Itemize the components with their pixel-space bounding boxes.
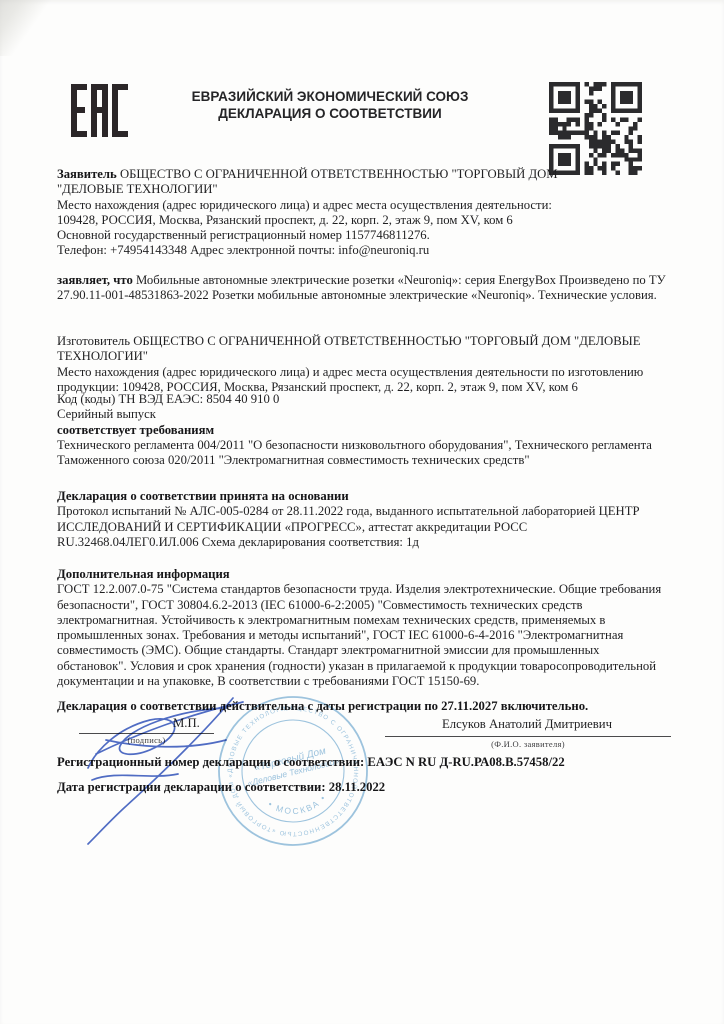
declaration-document: ЕВРАЗИЙСКИЙ ЭКОНОМИЧЕСКИЙ СОЮЗ ДЕКЛАРАЦИ… (0, 0, 724, 1024)
additional-text: ГОСТ 12.2.007.0-75 "Система стандартов б… (57, 582, 671, 689)
conformity-heading: соответствует требованиям (57, 423, 671, 438)
document-title: ЕВРАЗИЙСКИЙ ЭКОНОМИЧЕСКИЙ СОЮЗ ДЕКЛАРАЦИ… (175, 88, 485, 122)
applicant-section: Заявитель ОБЩЕСТВО С ОГРАНИЧЕННОЙ ОТВЕТС… (57, 167, 671, 259)
applicant-address: Место нахождения (адрес юридического лиц… (57, 198, 584, 229)
applicant-lead: Заявитель (57, 167, 117, 181)
fio-label: (Ф.И.О. заявителя) (385, 739, 671, 749)
applicant-name: Заявитель ОБЩЕСТВО С ОГРАНИЧЕННОЙ ОТВЕТС… (57, 167, 560, 198)
handwritten-signature-svg (58, 688, 283, 853)
regulations-text: Технического регламента 004/2011 "О безо… (57, 438, 671, 469)
additional-heading: Дополнительная информация (57, 567, 671, 582)
applicant-ogrn: Основной государственный регистрационный… (57, 228, 671, 243)
basis-text: Протокол испытаний № АЛС-005-0284 от 28.… (57, 504, 671, 550)
eac-logo-icon (71, 84, 128, 142)
basis-section: Декларация о соответствии принята на осн… (57, 489, 671, 550)
qr-code-svg (545, 82, 646, 175)
applicant-contacts: Телефон: +74954143348 Адрес электронной … (57, 243, 671, 258)
additional-info-section: Дополнительная информация ГОСТ 12.2.007.… (57, 567, 671, 689)
manufacturer-lead: Изготовитель (57, 334, 130, 348)
product-statement: заявляет, что Мобильные автономные элект… (57, 273, 671, 304)
manufacturer-address: Место нахождения (адрес юридического лиц… (57, 365, 671, 396)
manufacturer-name: Изготовитель ОБЩЕСТВО С ОГРАНИЧЕННОЙ ОТВ… (57, 334, 671, 365)
codes-section: Код (коды) ТН ВЭД ЕАЭС: 8504 40 910 0 Се… (57, 392, 671, 468)
handwritten-signature (58, 688, 283, 858)
applicant-fio: Елсуков Анатолий Дмитриевич (357, 717, 697, 732)
fio-line (385, 736, 671, 737)
scan-artifact (0, 0, 60, 56)
title-union-line: ЕВРАЗИЙСКИЙ ЭКОНОМИЧЕСКИЙ СОЮЗ (175, 88, 485, 105)
qr-code-icon (545, 82, 646, 180)
basis-heading: Декларация о соответствии принята на осн… (57, 489, 671, 504)
title-doc-line: ДЕКЛАРАЦИЯ О СООТВЕТСТВИИ (175, 105, 485, 122)
tnved-code: Код (коды) ТН ВЭД ЕАЭС: 8504 40 910 0 (57, 392, 671, 407)
declares-lead: заявляет, что (57, 273, 133, 287)
product-section: заявляет, что Мобильные автономные элект… (57, 273, 671, 304)
eac-logo-svg (71, 84, 128, 137)
serial-issue: Серийный выпуск (57, 407, 671, 422)
manufacturer-section: Изготовитель ОБЩЕСТВО С ОГРАНИЧЕННОЙ ОТВ… (57, 334, 671, 395)
